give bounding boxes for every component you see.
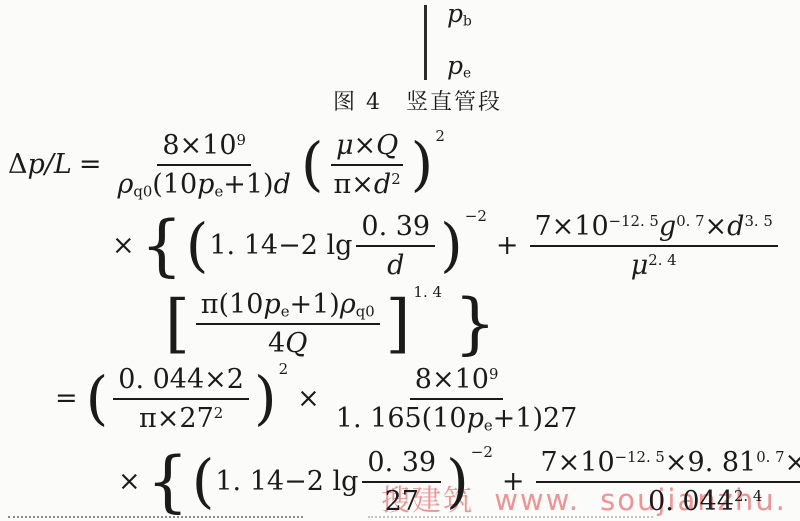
exponent: 2 (435, 128, 445, 145)
equation-line-3: [ π(10pe+1)ρq0 4Q ] 1. 4 } (163, 282, 498, 366)
math-token: 4 (268, 328, 285, 359)
math-token: 1. 165(10 (336, 403, 467, 434)
denominator: π×d2 (329, 166, 406, 200)
math-token: (10 (152, 169, 197, 200)
denominator: ρq0(10pe+1)d (112, 166, 295, 201)
open-brace: { (141, 218, 183, 274)
numerator: 7×10−12. 5g0. 7×d3. 5 (530, 211, 778, 247)
fraction: π(10pe+1)ρq0 4Q (196, 289, 380, 360)
math-token: 7×10 (541, 447, 615, 478)
fraction: 0. 39 d (356, 211, 435, 281)
d-symbol: d (374, 169, 391, 200)
p-symbol: p (263, 289, 280, 320)
times-operator: × (354, 130, 377, 161)
equation-line-1: Δp/L = 8×109 ρq0(10pe+1)d ( μ×Q π×d2 ) 2 (8, 126, 447, 204)
math-token: 1. 14−2 lg (209, 230, 352, 261)
equation-line-5: × { ( 1. 14−2 lg 0. 39 27 ) −2 + 7×10−12… (118, 442, 800, 521)
lhs: Δp/L (8, 149, 72, 180)
times-operator: × (118, 466, 141, 497)
Q-symbol: Q (285, 328, 307, 359)
equals-sign: = (79, 149, 102, 180)
math-token: +1)27 (493, 403, 578, 434)
plus-operator: + (502, 466, 525, 497)
math-token: 7×10 (535, 211, 609, 242)
exponent: 2 (214, 404, 223, 422)
numerator: π(10pe+1)ρq0 (196, 289, 380, 326)
numerator: 0. 044×2 (113, 364, 249, 400)
d-symbol: d (727, 211, 744, 242)
open-bracket: [ (165, 297, 190, 351)
mu-symbol: μ (631, 250, 649, 281)
math-token: 1. 14−2 lg (215, 466, 358, 497)
denominator: μ2. 4 (626, 247, 682, 281)
mu-symbol: μ (336, 130, 354, 161)
fraction: 7×10−12. 5g0. 7×d3. 5 μ2. 4 (530, 211, 778, 281)
math-token: 0. 044 (648, 486, 734, 517)
d-symbol: d (274, 169, 291, 200)
math-token: ×27 (785, 447, 800, 478)
close-paren: ) (411, 140, 434, 189)
exponent: −12. 5 (615, 448, 665, 466)
exponent: 2 (391, 170, 400, 188)
exponent: −2 (471, 444, 493, 461)
pb-subscript: b (463, 13, 472, 29)
denominator: d (382, 247, 409, 281)
exponent: 0. 7 (756, 448, 784, 466)
denominator: 1. 165(10pe+1)27 (331, 400, 583, 435)
times-operator: × (297, 383, 320, 414)
denominator: 27 (380, 483, 424, 517)
p-over-L: p/L (28, 149, 72, 180)
fraction: 0. 044×2 π×272 (113, 364, 249, 434)
denominator: π×272 (134, 400, 228, 434)
pe-symbol: p (447, 51, 463, 80)
exponent: 0. 7 (676, 212, 704, 230)
numerator: 0. 39 (356, 211, 435, 247)
math-token: π×27 (139, 403, 214, 434)
figure-caption: 图 4 竖直管段 (333, 91, 502, 115)
numerator: 7×10−12. 5×9. 810. 7×273. 5 (536, 447, 800, 483)
math-token: +1) (289, 289, 339, 320)
math-token: π(10 (201, 289, 264, 320)
plus-operator: + (496, 230, 519, 261)
delta-symbol: Δ (8, 149, 28, 180)
open-paren: ( (192, 457, 215, 506)
p-symbol: p (467, 403, 484, 434)
exponent: −2 (465, 208, 487, 225)
times-operator: × (112, 230, 135, 261)
pipe-vertical-line (424, 5, 427, 80)
pe-subscript: e (463, 65, 471, 81)
exponent: 9 (489, 364, 498, 382)
exponent: 2 (279, 361, 289, 378)
open-paren: ( (301, 140, 324, 189)
close-paren: ) (254, 374, 277, 423)
equation-line-4: = ( 0. 044×2 π×272 ) 2 × 8×109 1. 165(10… (55, 359, 586, 439)
math-token: 8×10 (415, 364, 489, 395)
math-token: 8×10 (162, 130, 236, 161)
math-token: +1) (223, 169, 273, 200)
numerator: μ×Q (331, 130, 403, 166)
equals-sign: = (55, 383, 78, 414)
close-paren: ) (440, 221, 463, 270)
numerator: 0. 39 (362, 447, 441, 483)
subscript: e (214, 182, 223, 200)
subscript: e (484, 416, 493, 434)
open-paren: ( (86, 374, 109, 423)
math-token: π× (334, 169, 374, 200)
close-bracket: ] (386, 297, 411, 351)
g-symbol: g (659, 211, 676, 242)
numerator: 8×109 (410, 364, 504, 400)
subscript: q0 (356, 302, 375, 320)
math-token: ×9. 81 (665, 447, 756, 478)
subscript: q0 (133, 182, 152, 200)
close-brace: } (454, 296, 496, 352)
rho-symbol: ρ (117, 169, 133, 200)
scanned-document-page: pb pe 图 4 竖直管段 Δp/L = 8×109 ρq0(10pe+1)d… (0, 0, 800, 521)
denominator: 4Q (263, 325, 312, 359)
open-paren: ( (186, 221, 209, 270)
fraction: 8×109 ρq0(10pe+1)d (112, 130, 295, 201)
fraction: 0. 39 27 (362, 447, 441, 517)
rho-symbol: ρ (340, 289, 356, 320)
exponent: 9 (237, 130, 246, 148)
exponent: −12. 5 (609, 212, 659, 230)
pb-label: pb (447, 1, 472, 29)
exponent: 2. 4 (734, 487, 762, 505)
fraction: 7×10−12. 5×9. 810. 7×273. 5 0. 0442. 4 (536, 447, 800, 517)
denominator: 0. 0442. 4 (643, 483, 767, 517)
exponent: 3. 5 (744, 212, 772, 230)
exponent: 2. 4 (648, 251, 676, 269)
pb-symbol: p (447, 0, 463, 28)
open-brace: { (147, 454, 189, 510)
fraction: μ×Q π×d2 (329, 130, 406, 200)
numerator: 8×109 (157, 130, 251, 166)
times-operator: × (705, 211, 728, 242)
exponent: 1. 4 (413, 284, 442, 301)
p-symbol: p (197, 169, 214, 200)
close-paren: ) (446, 457, 469, 506)
equation-line-2: × { ( 1. 14−2 lg 0. 39 d ) −2 + 7×10−12.… (112, 206, 782, 286)
pe-label: pe (447, 53, 471, 81)
fraction: 8×109 1. 165(10pe+1)27 (331, 364, 583, 435)
Q-symbol: Q (376, 130, 398, 161)
